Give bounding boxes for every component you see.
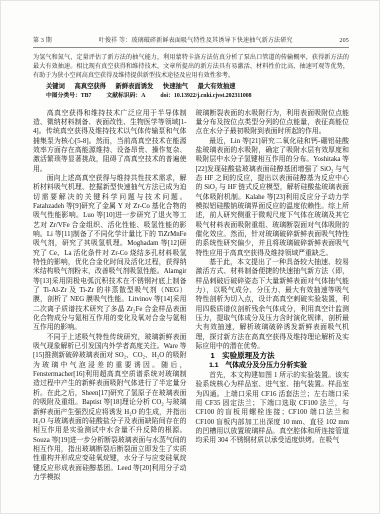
paragraph: 基于此，本文提出了一种具备较大抽速、较易激活方式、材料制备便捷的快速抽气新方法（… bbox=[196, 258, 350, 351]
section-heading-1: 1 实验原理及方法 bbox=[196, 351, 350, 361]
page-number: 205 bbox=[339, 38, 349, 44]
right-column: 玻璃断裂表面的水吸附行为，利用表面吸附位点能量分布及按位点类型分列的位点能量，表… bbox=[196, 109, 350, 483]
abstract-continuation: 为氢气和氮气，定量评估了新方法的抽气能力，利用蒙特卡洛方法仿真分析了泵出口管道的… bbox=[33, 54, 349, 81]
section-heading-1-1: 1.1 气体成分及分压力分析实验 bbox=[196, 361, 350, 371]
paragraph: 首先，本文构建如图 1 所示的实验装置。该实验系统核心为样品室、进气室、抽气装置… bbox=[196, 371, 350, 446]
running-title: 叶俊祥 等：玻璃破碎新鲜表面吸气特性及其诱导下快速抽气新方法研究 bbox=[52, 35, 339, 44]
clc-number: 中图分类号：TB7 bbox=[46, 92, 91, 101]
keyword: 新鲜表面诱发 bbox=[116, 83, 154, 90]
paper-page: 第 3 期 叶俊祥 等：玻璃破碎新鲜表面吸气特性及其诱导下快速抽气新方法研究 2… bbox=[0, 0, 380, 514]
body-columns: 高真空获得和维持技术广泛应用于半导体制造、微纳材料制备、表面改性、生物医学等领域… bbox=[33, 109, 349, 483]
paragraph: 高真空获得和维持技术广泛应用于半导体制造、微纳材料制备、表面改性、生物医学等领域… bbox=[33, 109, 187, 174]
keyword: 快速抽气 bbox=[163, 83, 188, 90]
classification-line: 中图分类号：TB7 文献标识码：A doi：10.13922/j.cnki.cj… bbox=[33, 92, 349, 101]
paragraph: 最近，Lin 等[21]研究二氧化硅和钙-硼铝硅酸盐玻璃表面的水吸附，确定了吸附… bbox=[196, 137, 350, 258]
keyword: 高真空获得 bbox=[74, 83, 105, 90]
keywords-line: 关键词 高真空获得 新鲜表面诱发 快速抽气 最大有效抽速 bbox=[33, 82, 349, 91]
paragraph: 面向上述高真空获得与维持共性技术需求，解析材料吸气机理、挖掘新型快速抽气方法已成… bbox=[33, 174, 187, 333]
paragraph-continuation: 玻璃断裂表面的水吸附行为，利用表面吸附位点能量分布及按位点类型分列的位点能量，表… bbox=[196, 109, 350, 137]
paragraph: 不同于上述吸气特性传统研究，玻璃新鲜表面吸气现象解析已引发国内外学者高度关注。W… bbox=[33, 333, 187, 483]
left-column: 高真空获得和维持技术广泛应用于半导体制造、微纳材料制备、表面改性、生物医学等领域… bbox=[33, 109, 187, 483]
doi: doi：10.13922/j.cnki.cjvst.202311008 bbox=[160, 92, 251, 101]
document-code: 文献标识码：A bbox=[106, 92, 145, 101]
keywords-label: 关键词 bbox=[46, 83, 65, 90]
journal-issue: 第 3 期 bbox=[33, 35, 52, 44]
keyword: 最大有效抽速 bbox=[198, 83, 236, 90]
page-header: 第 3 期 叶俊祥 等：玻璃破碎新鲜表面吸气特性及其诱导下快速抽气新方法研究 2… bbox=[33, 35, 349, 48]
